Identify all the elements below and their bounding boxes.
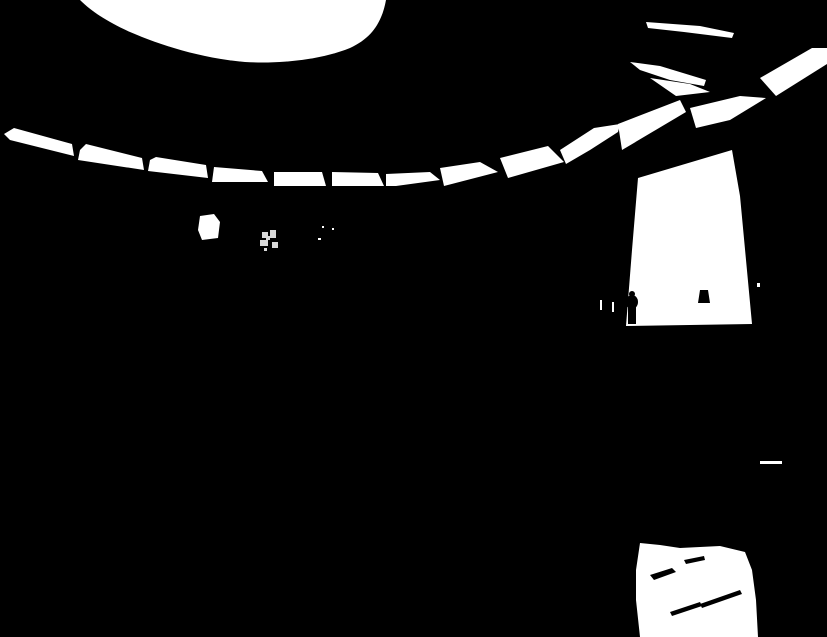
doorway [626,150,752,326]
floor-highlight [760,461,782,464]
photo-scene [0,0,827,637]
floor-reflection [636,543,758,637]
